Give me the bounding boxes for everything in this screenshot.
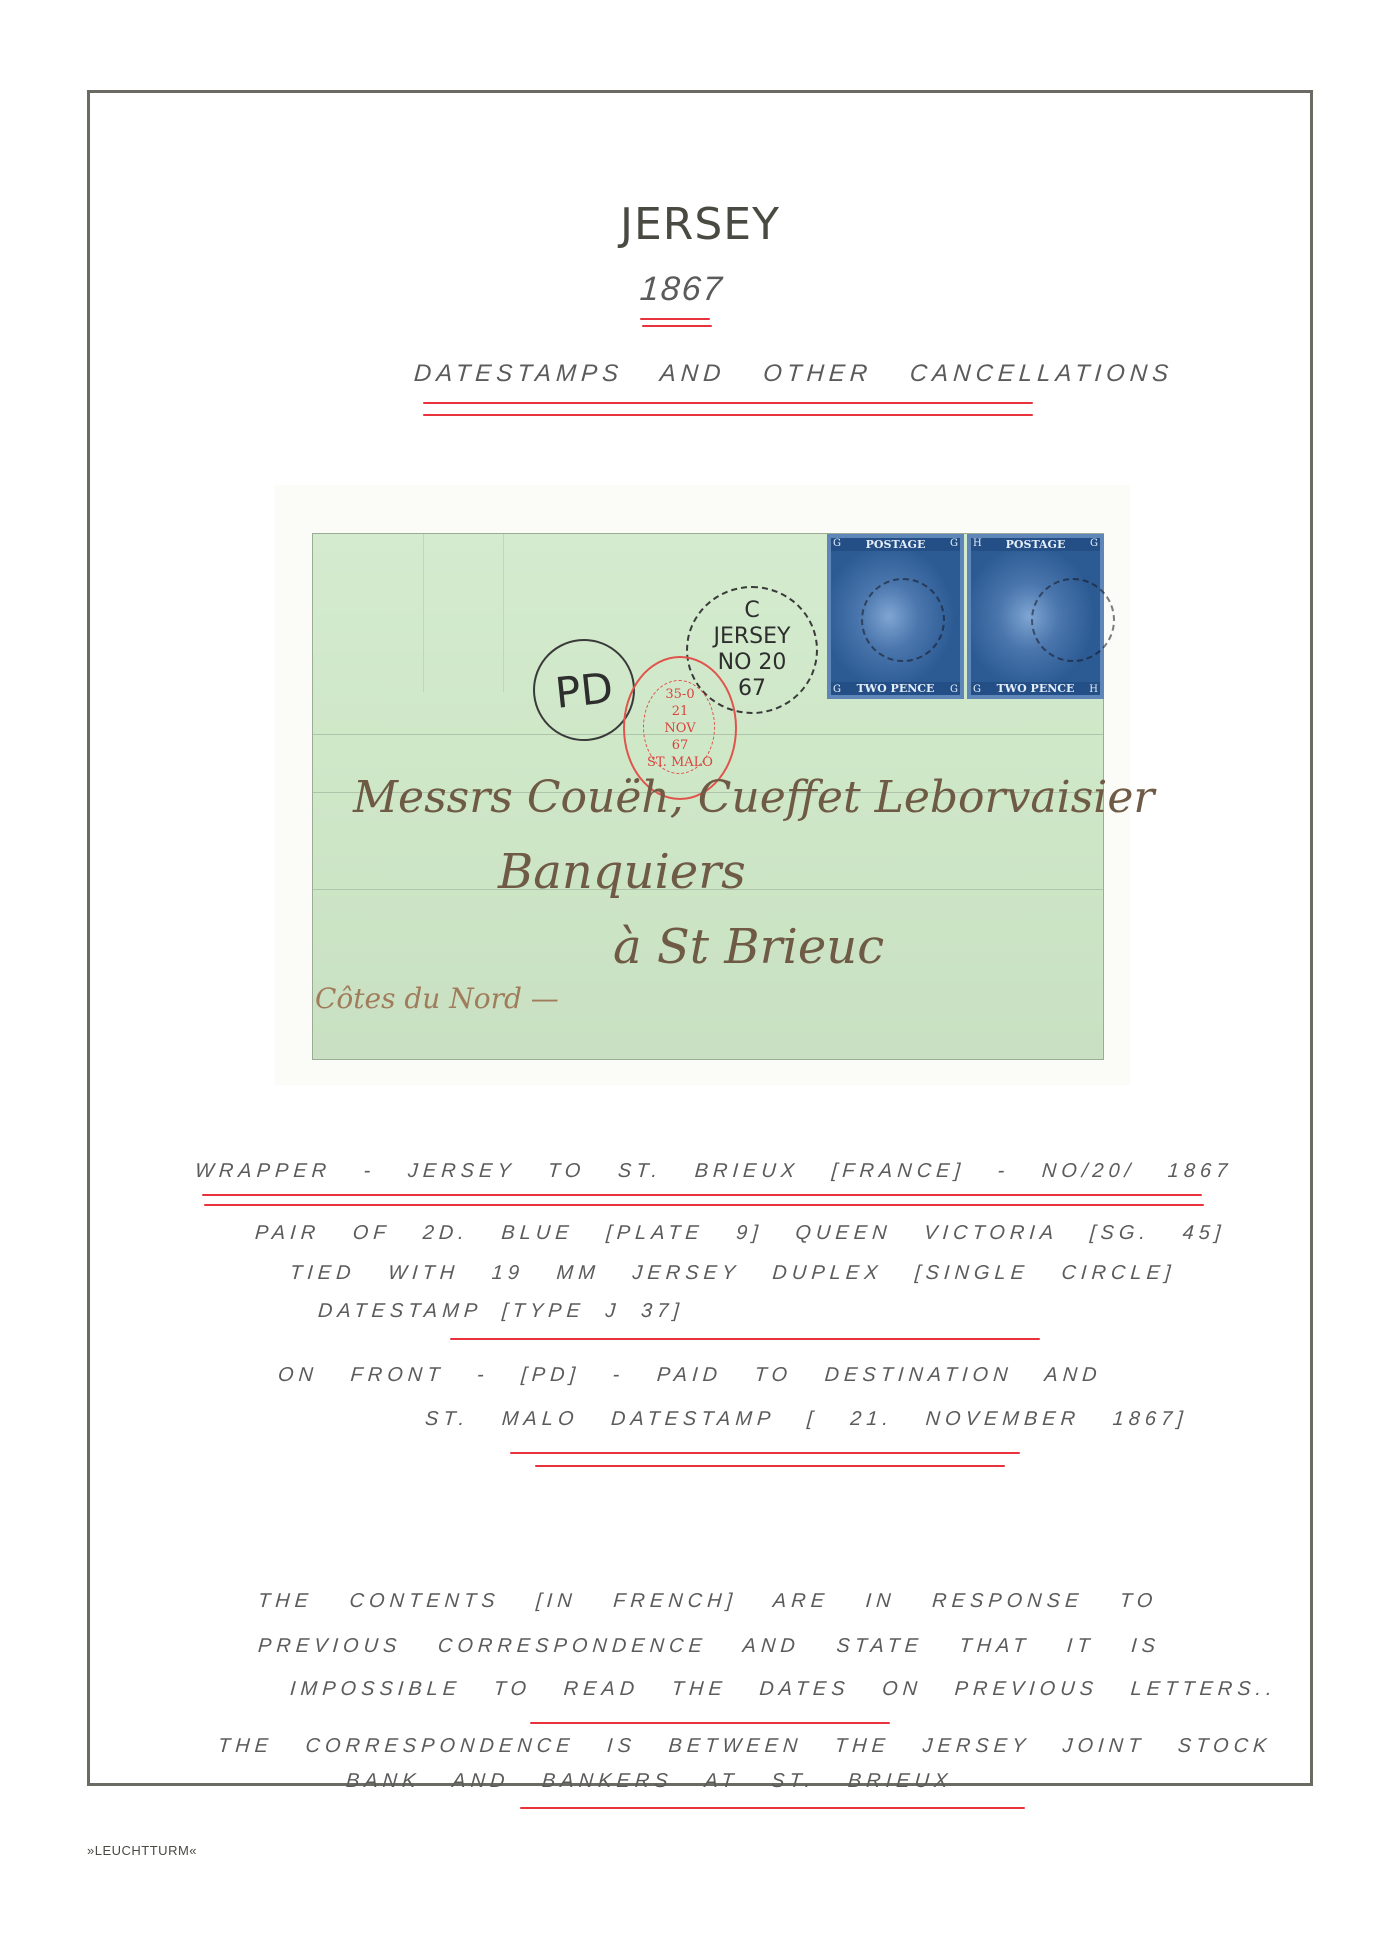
album-brand-label: »LEUCHTTURM«: [87, 1843, 197, 1858]
stamp-top-label: POSTAGE: [971, 538, 1100, 551]
subtitle-underline-1: [423, 402, 1033, 404]
notes-line: THE CONTENTS [IN FRENCH] ARE IN RESPONSE…: [257, 1590, 1158, 1613]
stamp-corner-letter: G: [973, 684, 981, 695]
stamp-corner-letter: G: [950, 538, 958, 549]
description-line: DATESTAMP [TYPE J 37]: [317, 1300, 684, 1323]
stamp-corner-letter: H: [1089, 684, 1098, 695]
notes-line: IMPOSSIBLE TO READ THE DATES ON PREVIOUS…: [289, 1678, 1277, 1701]
stamp-corner-letter: G: [833, 684, 841, 695]
datestamp-date: NO 20: [718, 650, 787, 676]
datestamp-year: 67: [738, 676, 766, 702]
cover-fold-line: [503, 534, 504, 692]
cover-photo-mat: PD C JERSEY NO 20 67 POSTAGE G G G G TWO…: [275, 485, 1130, 1085]
notes-line: PREVIOUS CORRESPONDENCE AND STATE THAT I…: [257, 1635, 1161, 1658]
heading-underline-2: [204, 1204, 1204, 1206]
stamp-pair: POSTAGE G G G G TWO PENCE POSTAGE H G G …: [827, 534, 1107, 699]
notes-underline: [530, 1722, 890, 1724]
postal-cover: PD C JERSEY NO 20 67 POSTAGE G G G G TWO…: [312, 533, 1104, 1060]
address-occupation: Banquiers: [498, 844, 746, 900]
description-heading: WRAPPER - JERSEY TO ST. BRIEUX [FRANCE] …: [194, 1160, 1233, 1183]
description-line: PAIR OF 2D. BLUE [PLATE 9] QUEEN VICTORI…: [254, 1222, 1226, 1245]
stamp-corner-letter: G: [833, 538, 841, 549]
description-line: TIED WITH 19 MM JERSEY DUPLEX [SINGLE CI…: [289, 1262, 1176, 1285]
subtitle-underline-2: [423, 414, 1033, 416]
year-heading: 1867: [639, 270, 725, 309]
notes-line: THE CORRESPONDENCE IS BETWEEN THE JERSEY…: [217, 1735, 1272, 1758]
year-underline-1: [640, 318, 710, 320]
description-line: ST. MALO DATESTAMP [ 21. NOVEMBER 1867]: [424, 1408, 1188, 1431]
st-malo-inner-ring: [643, 680, 715, 774]
stamp-corner-letter: G: [950, 684, 958, 695]
two-pence-blue-stamp: POSTAGE G G G G TWO PENCE: [827, 534, 964, 699]
address-department: Côtes du Nord —: [315, 982, 559, 1015]
description-line: ON FRONT - [PD] - PAID TO DESTINATION AN…: [277, 1364, 1102, 1387]
datestamp-town: JERSEY: [714, 624, 791, 650]
section-subtitle: DATESTAMPS AND OTHER CANCELLATIONS: [413, 360, 1174, 388]
stmalo-underline-1: [510, 1452, 1020, 1454]
type-underline: [450, 1338, 1040, 1340]
bankers-underline: [520, 1807, 1025, 1809]
year-underline-2: [642, 325, 712, 327]
stamp-corner-letter: H: [973, 538, 982, 549]
stamp-top-label: POSTAGE: [831, 538, 960, 551]
stamp-value-label: TWO PENCE: [971, 682, 1100, 695]
two-pence-blue-stamp: POSTAGE H G G H TWO PENCE: [967, 534, 1104, 699]
duplex-cancel-mark: [1031, 578, 1115, 662]
stamp-value-label: TWO PENCE: [831, 682, 960, 695]
duplex-cancel-mark: [861, 578, 945, 662]
stmalo-underline-2: [535, 1465, 1005, 1467]
datestamp-code: C: [744, 598, 759, 624]
heading-underline-1: [202, 1194, 1202, 1196]
address-town: à St Brieuc: [613, 919, 884, 975]
cover-fold-line: [423, 534, 424, 692]
notes-line: BANK AND BANKERS AT ST. BRIEUX: [345, 1770, 953, 1793]
address-addressee: Messrs Couëh, Cueffet Leborvaisier: [353, 772, 1154, 823]
stamp-corner-letter: G: [1090, 538, 1098, 549]
page-title: JERSEY: [0, 199, 1400, 250]
